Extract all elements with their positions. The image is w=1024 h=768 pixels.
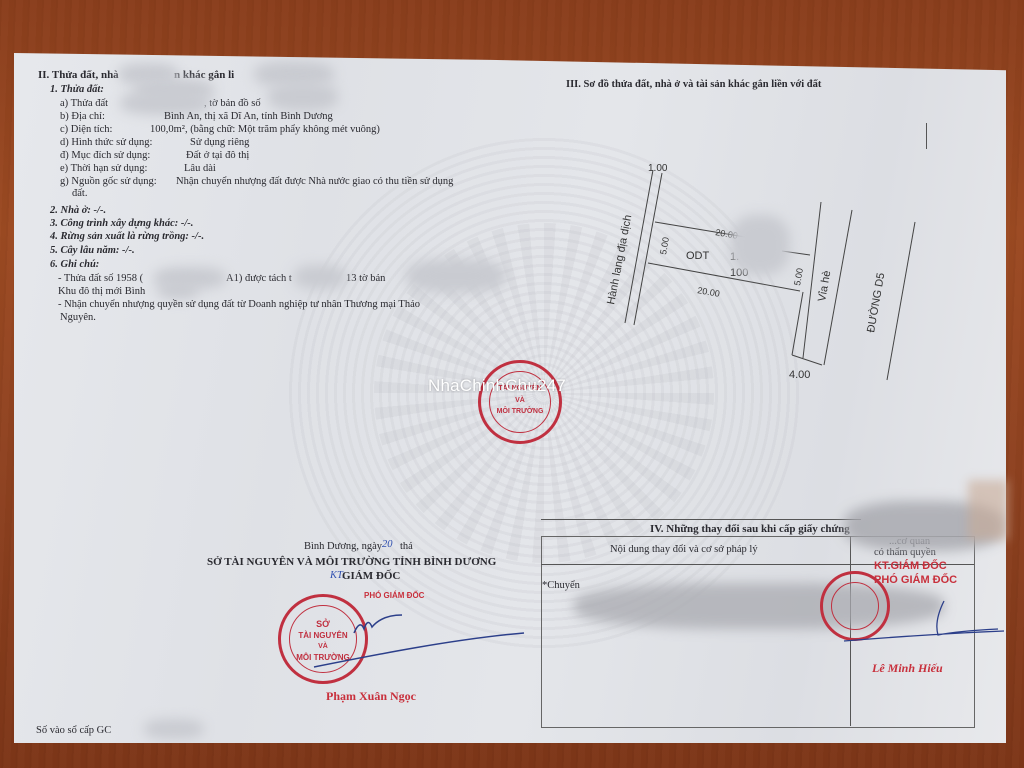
corridor-label: Hành lang địa dịch <box>605 214 634 306</box>
usage-origin-value-cont: đất. <box>72 188 87 201</box>
usage-purpose-label: đ) Mục đích sử dụng: <box>60 150 150 163</box>
site-watermark: NhaChinhChu247 <box>428 376 566 396</box>
approval-deputy-title: PHÓ GIÁM ĐỐC <box>874 574 957 587</box>
notes-line2: Khu đô thị mới Bình <box>58 286 145 299</box>
parcel-a-label: a) Thửa đất <box>60 98 108 111</box>
bottom-length: 20.00 <box>697 285 721 299</box>
usage-origin-value: Nhận chuyển nhượng đất được Nhà nước gia… <box>176 176 453 189</box>
redaction-blur <box>144 719 204 739</box>
approval-signature <box>834 593 1014 653</box>
corridor-width: 1.00 <box>648 163 668 174</box>
notes-line3: - Nhận chuyển nhượng quyền sử dụng đất t… <box>58 299 420 312</box>
section-iii-heading: III. Sơ đồ thửa đất, nhà ở và tài sản kh… <box>566 79 821 92</box>
approval-kt-title: KT.GIÁM ĐỐC <box>874 560 947 573</box>
redaction-blur <box>968 480 1008 540</box>
notes-line1-b: A1) được tách t <box>226 273 292 286</box>
address-value: Bình An, thị xã Dĩ An, tỉnh Bình Dương <box>164 111 333 124</box>
section-iv-heading: IV. Những thay đổi sau khi cấp giấy chứn… <box>650 523 850 536</box>
issuing-authority: SỞ TÀI NGUYÊN VÀ MÔI TRƯỜNG TỈNH BÌNH DƯ… <box>207 556 496 569</box>
place-date: Bình Dương, ngày <box>304 541 382 554</box>
other-construction-item: 3. Công trình xây dựng khác: -/-. <box>50 218 193 231</box>
usage-origin-label: g) Nguồn gốc sử dụng: <box>60 176 157 189</box>
redaction-blur <box>158 281 198 299</box>
production-forest-item: 4. Rừng sản xuất là rừng trồng: -/-. <box>50 231 204 244</box>
usage-purpose-value: Đất ở tại đô thị <box>186 150 249 163</box>
registry-label: Số vào sổ cấp GC <box>36 725 111 738</box>
director-title: GIÁM ĐỐC <box>342 570 400 583</box>
notes-line1-a: - Thửa đất số 1958 ( <box>58 273 143 286</box>
redaction-blur <box>406 259 506 293</box>
left-width: 5.00 <box>658 236 671 255</box>
address-label: b) Địa chỉ: <box>60 111 105 124</box>
redaction-blur <box>294 265 346 289</box>
sidewalk-width: 4.00 <box>789 369 810 381</box>
land-parcel-title: 1. Thửa đất: <box>50 84 104 97</box>
usage-term-value: Lâu dài <box>184 163 216 176</box>
perennial-trees-item: 5. Cây lâu năm: -/-. <box>50 245 135 258</box>
changes-col-content-header: Nội dung thay đổi và cơ sở pháp lý <box>610 544 758 557</box>
approval-signer: Lê Minh Hiếu <box>872 661 943 675</box>
change-entry: *Chuyển <box>542 580 580 593</box>
notes-title: 6. Ghi chú: <box>50 259 99 272</box>
sidewalk-label: Vỉa hè <box>816 270 833 303</box>
redaction-blur <box>268 83 338 111</box>
land-plot-diagram: 1.00 Hành lang địa dịch 20.00 20.00 5.00… <box>600 155 940 395</box>
notes-line4: Nguyên. <box>60 312 96 325</box>
deputy-director-title: PHÓ GIÁM ĐỐC <box>364 591 424 601</box>
notes-line1-c: 13 tờ bản <box>346 273 385 286</box>
road-label: ĐƯỜNG D5 <box>864 272 887 334</box>
usage-term-label: e) Thời hạn sử dụng: <box>60 163 147 176</box>
parcel-a-value: , tờ bản đồ số <box>204 98 261 111</box>
house-item: 2. Nhà ở: -/-. <box>50 205 106 218</box>
signature-scribble <box>294 603 534 683</box>
land-code: ODT <box>686 250 710 262</box>
handwritten-day: 20 <box>382 539 393 552</box>
area-label: c) Diện tích: <box>60 124 112 137</box>
north-arrow-icon <box>926 123 927 149</box>
redaction-blur <box>730 215 790 275</box>
date-month-fragment: thá <box>400 541 413 554</box>
usage-form-value: Sử dụng riêng <box>190 137 249 150</box>
right-width: 5.00 <box>792 267 805 286</box>
center-official-stamp: TÀI NGUYÊN VÀ MÔI TRƯỜNG <box>478 360 562 444</box>
usage-form-label: d) Hình thức sử dụng: <box>60 137 152 150</box>
area-value: 100,0m², (bằng chữ: Một trăm phẩy không … <box>150 124 380 137</box>
signer-name: Phạm Xuân Ngọc <box>326 689 416 703</box>
section-ii-heading-part1: II. Thửa đất, nhà <box>38 69 119 82</box>
